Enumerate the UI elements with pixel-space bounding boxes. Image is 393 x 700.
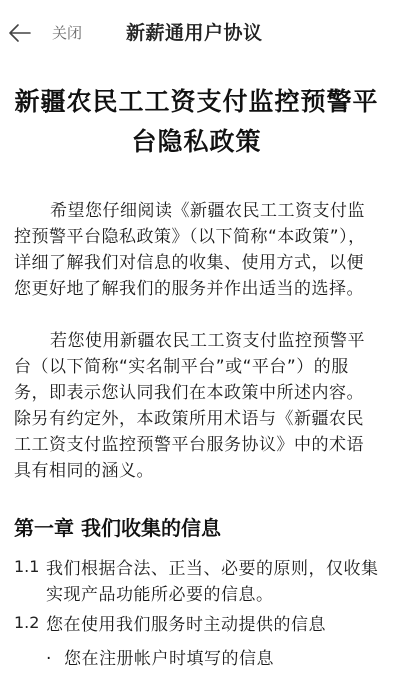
page-title: 新薪通用户协议 — [126, 20, 263, 46]
back-button[interactable] — [6, 20, 34, 46]
chapter-heading: 第一章 我们收集的信息 — [14, 514, 379, 542]
list-item: 1.1 我们根据合法、正当、必要的原则，仅收集实现产品功能所必要的信息。 — [14, 556, 379, 608]
item-text: 我们根据合法、正当、必要的原则，仅收集实现产品功能所必要的信息。 — [46, 556, 379, 608]
document-content[interactable]: 新疆农民工工资支付监控预警平台隐私政策 希望您仔细阅读《新疆农民工工资支付监控预… — [0, 66, 393, 700]
bullet-item: · 您在注册帐户时填写的信息 — [14, 646, 379, 672]
intro-paragraph: 希望您仔细阅读《新疆农民工工资支付监控预警平台隐私政策》（以下简称“本政策”），… — [14, 198, 379, 302]
list-item: 1.2 您在使用我们服务时主动提供的信息 — [14, 612, 379, 638]
close-button[interactable]: 关闭 — [52, 23, 82, 43]
item-text: 您在使用我们服务时主动提供的信息 — [46, 612, 379, 638]
item-number: 1.2 — [14, 612, 46, 638]
item-number: 1.1 — [14, 556, 46, 608]
bullet-text: 您在注册帐户时填写的信息 — [64, 646, 274, 672]
document-title: 新疆农民工工资支付监控预警平台隐私政策 — [14, 82, 379, 162]
app-header: 关闭 新薪通用户协议 — [0, 0, 393, 66]
arrow-left-icon — [8, 23, 32, 43]
scope-paragraph: 若您使用新疆农民工工资支付监控预警平台（以下简称“实名制平台”或“平台”）的服务… — [14, 328, 379, 484]
bullet-icon: · — [46, 646, 64, 672]
